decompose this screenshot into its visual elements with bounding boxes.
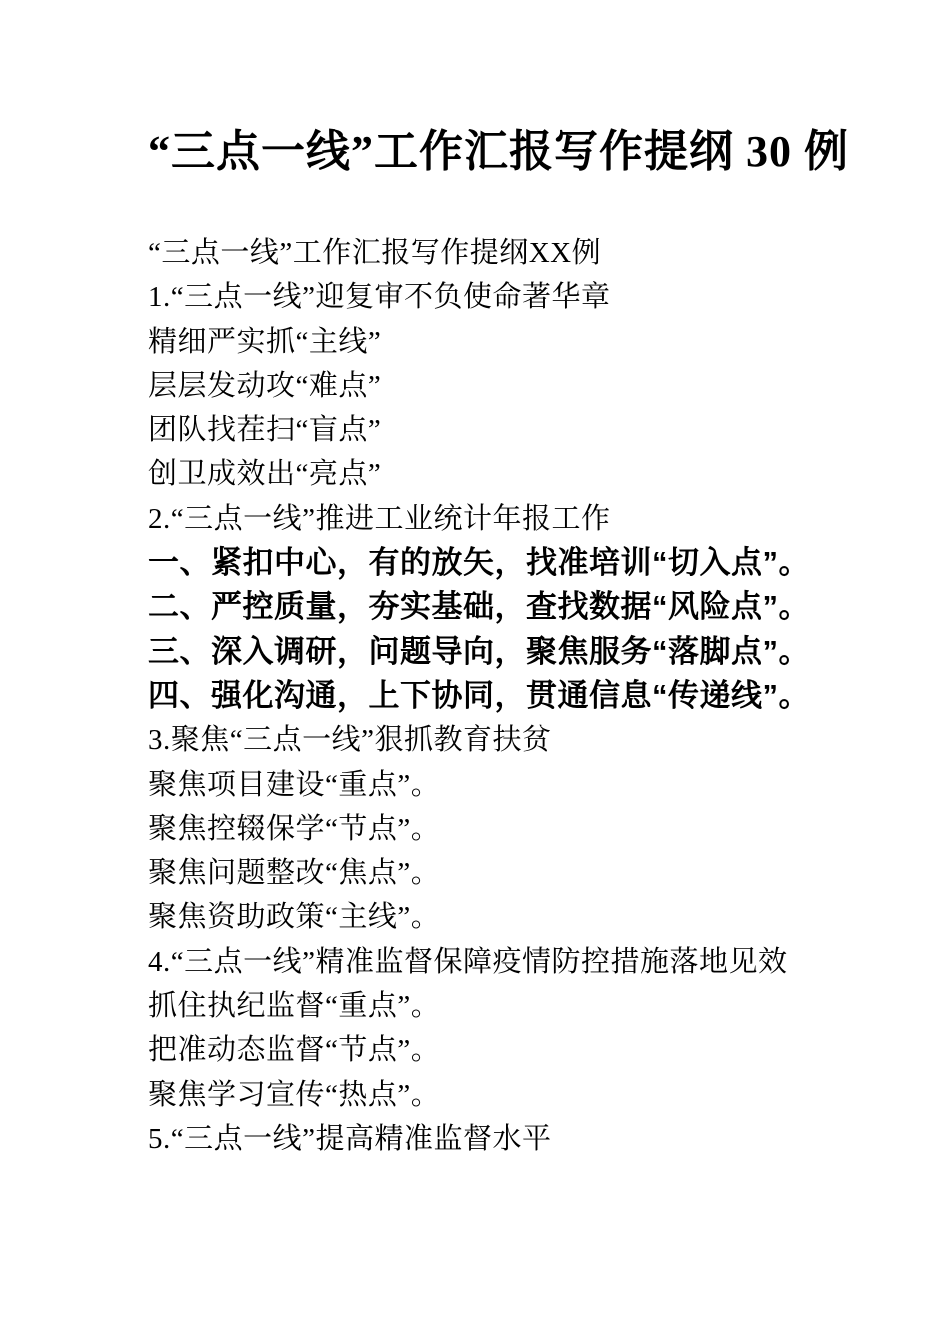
paragraph: 聚焦项目建设“重点”。 (148, 763, 802, 807)
paragraph: 5.“三点一线”提高精准监督水平 (148, 1117, 802, 1161)
paragraph-emphasis: 一、紧扣中心，有的放矢，找准培训“切入点”。 (148, 541, 802, 585)
paragraph-emphasis: 四、强化沟通，上下协同，贯通信息“传递线”。 (148, 674, 802, 718)
paragraph: 聚焦问题整改“焦点”。 (148, 851, 802, 895)
paragraph: 1.“三点一线”迎复审不负使命著华章 (148, 275, 802, 319)
document-content: “三点一线”工作汇报写作提纲 30 例 “三点一线”工作汇报写作提纲XX例 1.… (0, 0, 950, 1161)
document-page: “三点一线”工作汇报写作提纲 30 例 “三点一线”工作汇报写作提纲XX例 1.… (0, 0, 950, 1344)
paragraph: 团队找茬扫“盲点” (148, 408, 802, 452)
paragraph: 聚焦学习宣传“热点”。 (148, 1073, 802, 1117)
paragraph-emphasis: 三、深入调研，问题导向，聚焦服务“落脚点”。 (148, 630, 802, 674)
paragraph: 4.“三点一线”精准监督保障疫情防控措施落地见效 (148, 940, 802, 984)
paragraph: 2.“三点一线”推进工业统计年报工作 (148, 497, 802, 541)
paragraph: 层层发动攻“难点” (148, 364, 802, 408)
paragraph: 创卫成效出“亮点” (148, 452, 802, 496)
paragraph-emphasis: 二、严控质量，夯实基础，查找数据“风险点”。 (148, 585, 802, 629)
document-title: “三点一线”工作汇报写作提纲 30 例 (148, 116, 802, 188)
paragraph: 抓住执纪监督“重点”。 (148, 984, 802, 1028)
paragraph: “三点一线”工作汇报写作提纲XX例 (148, 231, 802, 275)
document-body: “三点一线”工作汇报写作提纲XX例 1.“三点一线”迎复审不负使命著华章 精细严… (148, 231, 802, 1161)
paragraph: 把准动态监督“节点”。 (148, 1028, 802, 1072)
paragraph: 聚焦资助政策“主线”。 (148, 895, 802, 939)
paragraph: 3.聚焦“三点一线”狠抓教育扶贫 (148, 718, 802, 762)
paragraph: 聚焦控辍保学“节点”。 (148, 807, 802, 851)
paragraph: 精细严实抓“主线” (148, 320, 802, 364)
